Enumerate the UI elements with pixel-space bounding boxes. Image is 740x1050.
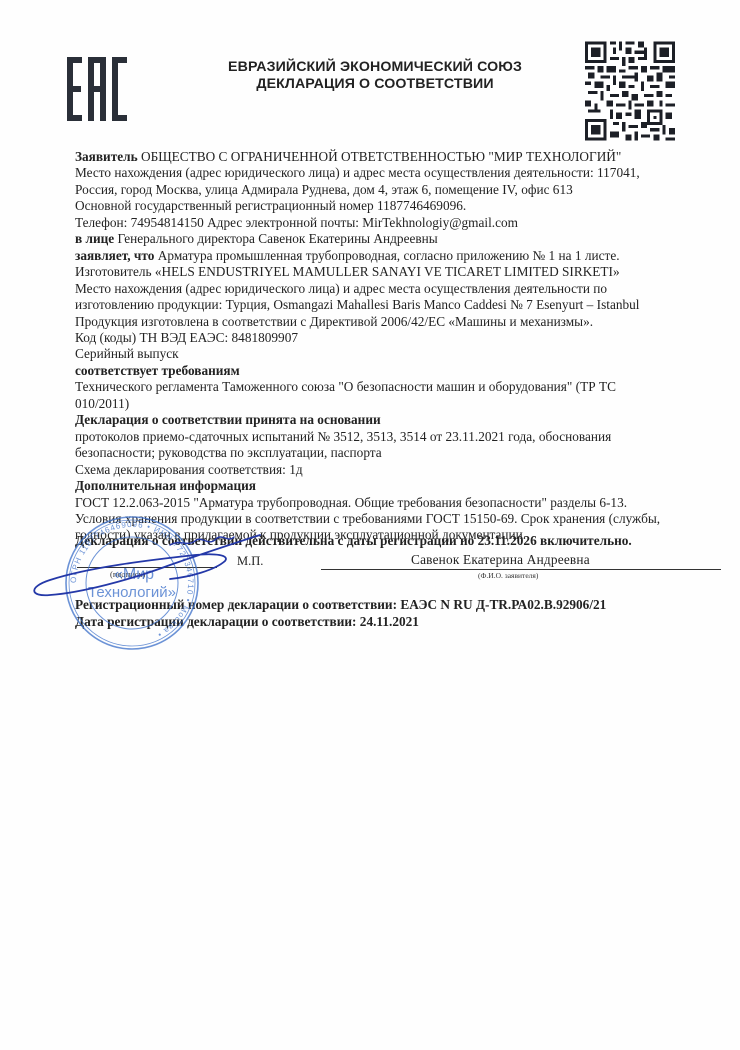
applicant-address-line1: Место нахождения (адрес юридического лиц… [75,165,715,181]
manufacturer-address-line1: Место нахождения (адрес юридического лиц… [75,281,715,297]
complies-heading: соответствует требованиям [75,363,715,379]
applicant-name: ОБЩЕСТВО С ОГРАНИЧЕННОЙ ОТВЕТСТВЕННОСТЬЮ… [141,149,621,164]
complies-label: соответствует требованиям [75,363,240,378]
declares-label: заявляет, что [75,248,154,263]
regulation-line1: Технического регламента Таможенного союз… [75,379,715,395]
document-header: ЕВРАЗИЙСКИЙ ЭКОНОМИЧЕСКИЙ СОЮЗ ДЕКЛАРАЦИ… [200,59,550,93]
qr-code-icon[interactable] [585,41,675,141]
basis-line1: протоколов приемо-сдаточных испытаний № … [75,429,715,445]
additional-label: Дополнительная информация [75,478,256,493]
declaration-body: Заявитель ОБЩЕСТВО С ОГРАНИЧЕННОЙ ОТВЕТС… [75,149,715,544]
signature-line [77,567,217,568]
declares-line: заявляет, что Арматура промышленная труб… [75,248,715,264]
directive: Продукция изготовлена в соответствии с Д… [75,314,715,330]
applicant-line: Заявитель ОБЩЕСТВО С ОГРАНИЧЕННОЙ ОТВЕТС… [75,149,715,165]
validity-statement: Декларация о соответствии действительна … [75,533,632,549]
registration-date: Дата регистрации декларации о соответств… [75,614,419,630]
applicant-full-name: Савенок Екатерина Андреевна [411,552,590,568]
declaration-scheme: Схема декларирования соответствия: 1д [75,462,715,478]
document-title: ДЕКЛАРАЦИЯ О СООТВЕТСТВИИ [200,76,550,93]
additional-line1: ГОСТ 12.2.063-2015 "Арматура трубопровод… [75,495,715,511]
representative-line: в лице Генерального директора Савенок Ек… [75,231,715,247]
eac-logo-icon [67,57,127,121]
manufacturer-address-line2: изготовлению продукции: Турция, Osmangaz… [75,297,715,313]
additional-line2: Условия хранения продукции в соответстви… [75,511,715,527]
applicant-address-line2: Россия, город Москва, улица Адмирала Руд… [75,182,715,198]
basis-line2: безопасности; руководства по эксплуатаци… [75,445,715,461]
declaration-document: ЕВРАЗИЙСКИЙ ЭКОНОМИЧЕСКИЙ СОЮЗ ДЕКЛАРАЦИ… [0,0,740,1050]
manufacturer: Изготовитель «HELS ENDUSTRIYEL MAMULLER … [75,264,715,280]
union-title: ЕВРАЗИЙСКИЙ ЭКОНОМИЧЕСКИЙ СОЮЗ [200,59,550,76]
representative-value: Генерального директора Савенок Екатерины… [118,231,438,246]
applicant-contacts: Телефон: 74954814150 Адрес электронной п… [75,215,715,231]
production-type: Серийный выпуск [75,346,715,362]
basis-heading: Декларация о соответствии принята на осн… [75,412,715,428]
product-description: Арматура промышленная трубопроводная, со… [158,248,620,263]
name-line [321,569,721,570]
seal-label: М.П. [237,554,263,569]
applicant-name-caption: (Ф.И.О. заявителя) [478,571,538,580]
signature-caption: (подпись) [110,569,145,579]
basis-label: Декларация о соответствии принята на осн… [75,412,381,427]
applicant-label: Заявитель [75,149,138,164]
applicant-ogrn: Основной государственный регистрационный… [75,198,715,214]
registration-number: Регистрационный номер декларации о соотв… [75,597,606,613]
regulation-line2: 010/2011) [75,396,715,412]
additional-heading: Дополнительная информация [75,478,715,494]
tn-ved-code: Код (коды) ТН ВЭД ЕАЭС: 8481809907 [75,330,715,346]
representative-label: в лице [75,231,114,246]
